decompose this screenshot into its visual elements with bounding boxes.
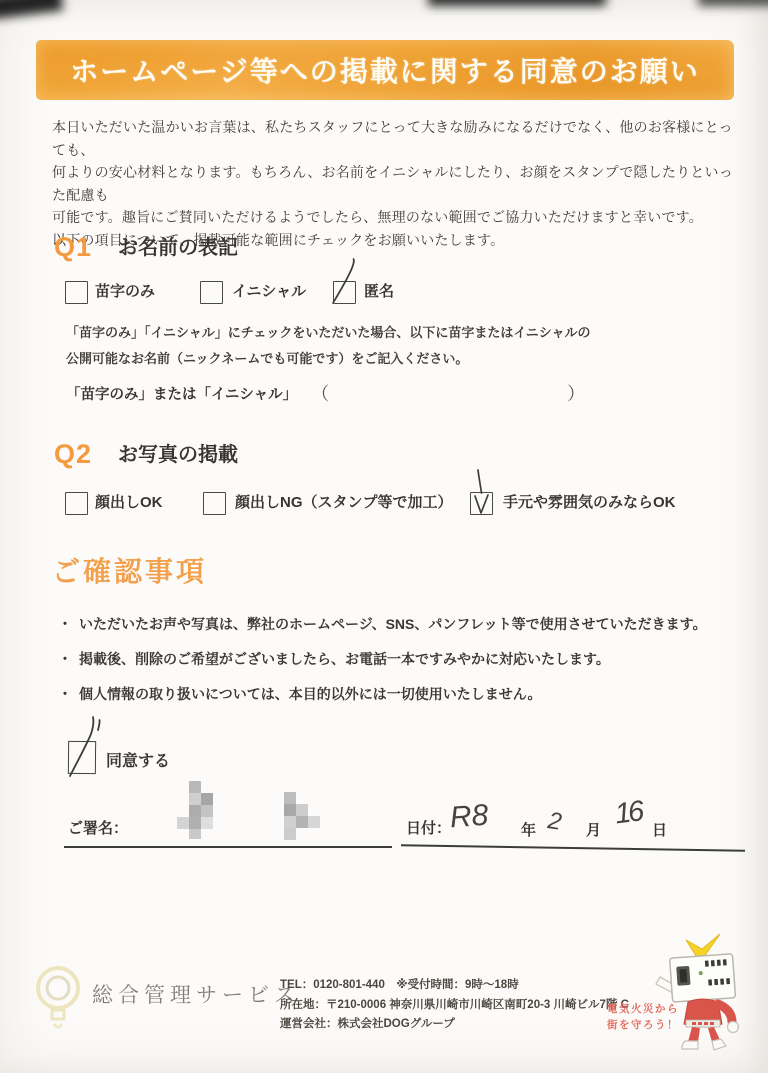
checkbox-label-q2-face-ok: 顔出しOK xyxy=(95,492,163,514)
date-era-handwritten[interactable]: R8 xyxy=(449,799,490,836)
confirm-bullet-text: 掲載後、削除のご希望がございましたら、お電話一本ですみやかに対応いたします。 xyxy=(79,649,610,669)
checkbox-q1-initial[interactable] xyxy=(200,281,223,304)
company-contact: TEL：0120-801-440 ※受付時間：9時～18時 所在地：〒210-0… xyxy=(280,976,629,1035)
date-month-handwritten[interactable]: 2 xyxy=(546,807,564,837)
breaker-mascot-character xyxy=(640,932,766,1054)
q1-heading: Q1 お名前の表記 xyxy=(54,234,238,260)
checkbox-q2-face-ng[interactable] xyxy=(203,492,226,515)
signature-blur xyxy=(272,792,336,844)
form-title: ホームページ等への掲載に関する同意のお願い xyxy=(70,50,699,90)
q1-note-line: 「苗字のみ」「イニシャル」にチェックをいただいた場合、以下に苗字またはイニシャル… xyxy=(66,320,591,346)
handwritten-check-mark-icon xyxy=(62,714,108,778)
photo-artifact xyxy=(0,0,63,19)
checkbox-q1-anonymous[interactable] xyxy=(333,281,356,304)
month-label: 月 xyxy=(586,819,601,840)
day-label: 日 xyxy=(652,819,667,840)
company-name: 総合管理サービス xyxy=(92,979,300,1009)
confirm-bullet-text: 個人情報の取り扱いについては、本目的以外には一切使用いたしません。 xyxy=(79,684,542,704)
q1-fill-input-area[interactable] xyxy=(329,383,567,403)
confirm-bullet-item: ・ 個人情報の取り扱いについては、本目的以外には一切使用いたしません。 xyxy=(58,684,738,704)
signature-line[interactable] xyxy=(64,846,392,848)
company-operator: 運営会社：株式会社DOGグループ xyxy=(280,1015,629,1035)
confirm-bullet-item: ・ いただいたお声や写真は、弊社のホームページ、SNS、パンフレット等で使用させ… xyxy=(58,614,738,634)
photo-artifact xyxy=(698,0,768,6)
q1-fill-label: 「苗字のみ」または「イニシャル」 xyxy=(66,383,297,404)
agree-label: 同意する xyxy=(106,748,170,771)
photo-artifact xyxy=(428,0,606,6)
q1-title: お名前の表記 xyxy=(118,236,238,260)
q1-note: 「苗字のみ」「イニシャル」にチェックをいただいた場合、以下に苗字またはイニシャル… xyxy=(66,320,591,372)
bullet-icon: ・ xyxy=(58,614,72,634)
checkbox-label-q2-hands-only: 手元や雰囲気のみならOK xyxy=(503,492,676,514)
intro-line: 可能です。趣旨にご賛同いただけるようでしたら、無理のない範囲でご協力いただけます… xyxy=(52,206,742,229)
year-label: 年 xyxy=(521,819,536,840)
q2-number: Q2 xyxy=(54,441,92,467)
q1-note-line: 公開可能なお名前（ニックネームでも可能です）をご記入ください。 xyxy=(66,346,591,372)
bullet-icon: ・ xyxy=(58,649,72,669)
consent-form-page: ホームページ等への掲載に関する同意のお願い 本日いただいた温かいお言葉は、私たち… xyxy=(0,0,768,1073)
checkbox-q2-face-ok[interactable] xyxy=(65,492,88,515)
confirm-bullet-text: いただいたお声や写真は、弊社のホームページ、SNS、パンフレット等で使用させてい… xyxy=(79,614,707,634)
checkbox-label-q1-initial: イニシャル xyxy=(232,281,306,303)
bullet-icon: ・ xyxy=(58,684,72,704)
handwritten-check-mark-icon xyxy=(331,259,359,305)
form-title-banner: ホームページ等への掲載に関する同意のお願い xyxy=(36,40,734,100)
confirm-section-title: ご確認事項 xyxy=(52,550,207,590)
date-line[interactable] xyxy=(401,844,745,851)
confirm-bullet-item: ・ 掲載後、削除のご希望がございましたら、お電話一本ですみやかに対応いたします。 xyxy=(58,649,738,669)
signature-blur xyxy=(167,781,235,841)
lightbulb-logo-icon xyxy=(28,960,88,1038)
checkbox-label-q2-face-ng: 顔出しNG（スタンプ等で加工） xyxy=(235,492,453,514)
checkbox-label-q1-myoji: 苗字のみ xyxy=(95,281,155,303)
q1-number: Q1 xyxy=(54,234,92,260)
intro-line: 本日いただいた温かいお言葉は、私たちスタッフにとって大きな励みになるだけでなく、… xyxy=(52,116,742,161)
q2-heading: Q2 お写真の掲載 xyxy=(54,441,238,467)
paren-open: （ xyxy=(311,380,329,406)
handwritten-check-mark-icon xyxy=(468,470,496,516)
paren-close: ） xyxy=(567,380,585,406)
checkbox-q2-hands-only[interactable] xyxy=(470,492,493,515)
company-tel: TEL：0120-801-440 ※受付時間：9時～18時 xyxy=(280,976,629,996)
company-address: 所在地：〒210-0006 神奈川県川崎市川崎区南町20-3 川崎ビル7階 C xyxy=(280,996,629,1016)
checkbox-label-q1-anonymous: 匿名 xyxy=(364,281,394,303)
q1-fill-line: 「苗字のみ」または「イニシャル」 （ ） xyxy=(66,380,585,406)
q2-title: お写真の掲載 xyxy=(118,443,238,467)
date-label: 日付： xyxy=(406,817,451,838)
intro-paragraph: 本日いただいた温かいお言葉は、私たちスタッフにとって大きな励みになるだけでなく、… xyxy=(52,116,742,251)
signature-label: ご署名： xyxy=(68,817,128,838)
checkbox-q1-myoji[interactable] xyxy=(65,281,88,304)
date-day-handwritten[interactable]: 16 xyxy=(613,796,643,832)
intro-line: 何よりの安心材料となります。もちろん、お名前をイニシャルにしたり、お顔をスタンプ… xyxy=(52,161,742,206)
